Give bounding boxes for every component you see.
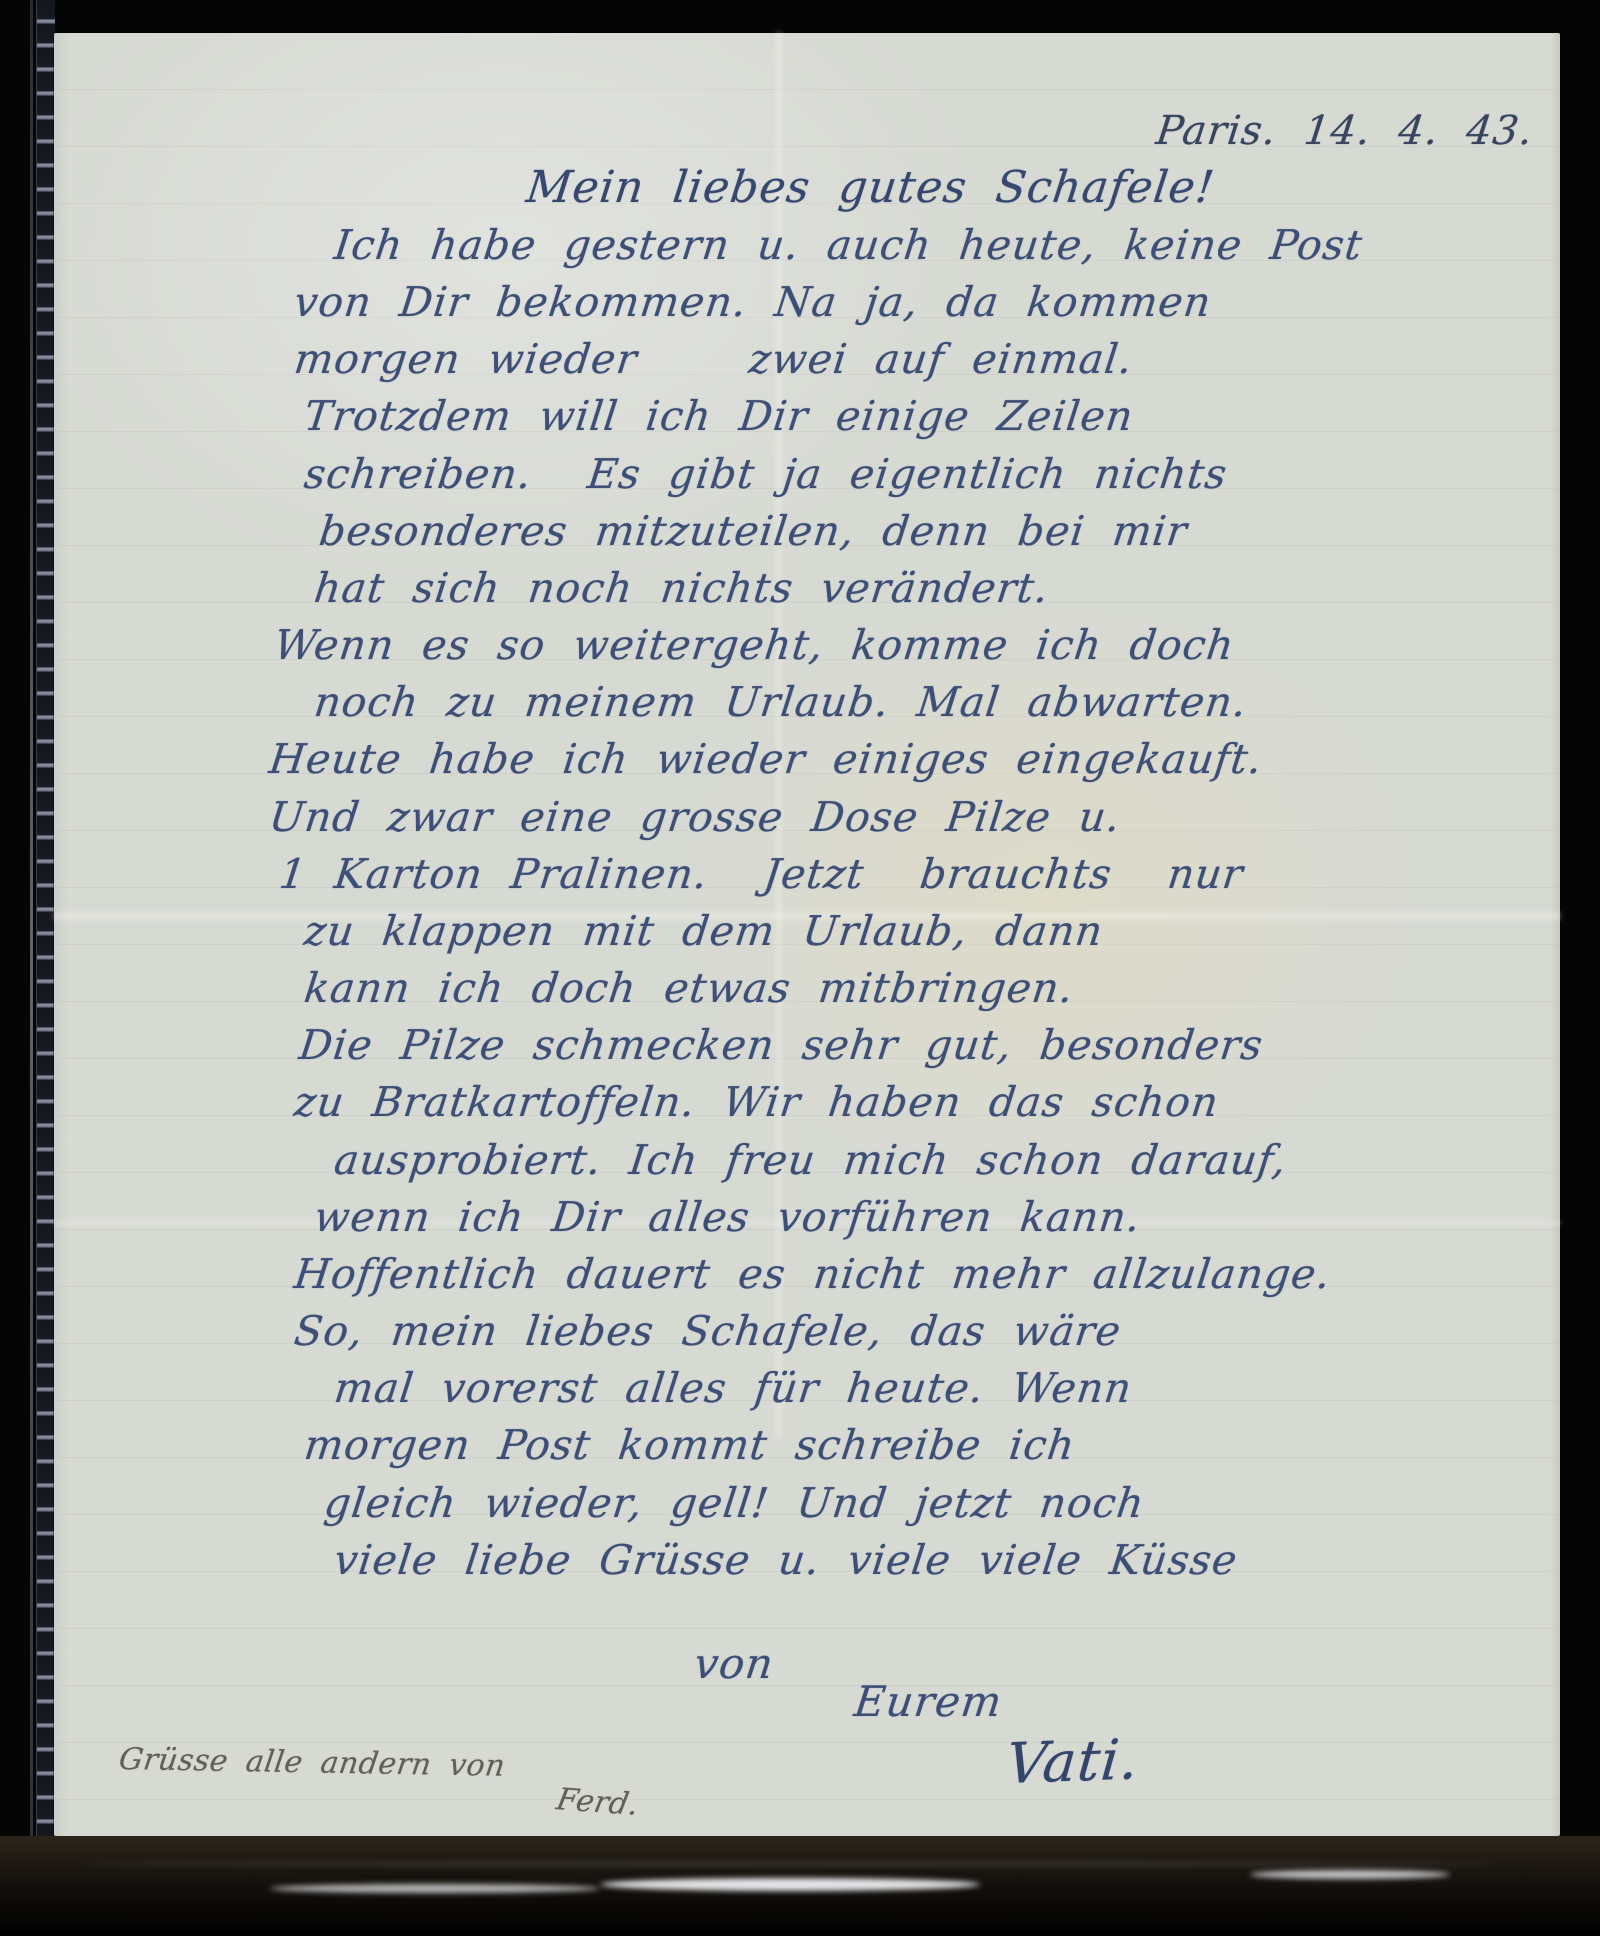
postscript-signature: Ferd. (554, 1785, 641, 1821)
sleeve-glare (600, 1878, 980, 1891)
letter-line: noch zu meinem Urlaub. Mal abwarten. (312, 682, 1249, 723)
sleeve-glare (1250, 1870, 1450, 1879)
letter-line: hat sich noch nichts verändert. (312, 568, 1051, 609)
date-line: Paris. 14. 4. 43. (1154, 111, 1536, 151)
album-binding-strip (36, 0, 55, 1936)
letter-line: viele liebe Grüsse u. viele viele Küsse (332, 1540, 1240, 1581)
signature: Vati. (1004, 1732, 1141, 1793)
letter-line: wenn ich Dir alles vorführen kann. (312, 1197, 1143, 1238)
letter-line: Und zwar eine grosse Dose Pilze u. (267, 797, 1123, 838)
letter-line: ausprobiert. Ich freu mich schon darauf, (332, 1140, 1289, 1181)
letter-line: morgen Post kommt schreibe ich (302, 1425, 1078, 1466)
letter-line: mal vorerst alles für heute. Wenn (332, 1368, 1134, 1409)
letter-line: schreiben. Es gibt ja eigentlich nichts (302, 454, 1230, 495)
letter-line: Hoffentlich dauert es nicht mehr allzula… (292, 1254, 1333, 1295)
letter-line: gleich wieder, gell! Und jetzt noch (322, 1483, 1147, 1524)
salutation-line: Mein liebes gutes Schafele! (524, 166, 1217, 210)
plastic-sleeve-edge (30, 0, 33, 1936)
letter-line: 1 Karton Pralinen. Jetzt brauchts nur (277, 854, 1246, 895)
sleeve-glare (80, 1862, 1500, 1866)
page-background: Paris. 14. 4. 43. Mein liebes gutes Scha… (0, 0, 1600, 1936)
letter-line: zu klappen mit dem Urlaub, dann (302, 911, 1106, 952)
letter-line: Ich habe gestern u. auch heute, keine Po… (332, 225, 1365, 266)
letter-line: besonderes mitzuteilen, denn bei mir (317, 511, 1190, 552)
closing-eurem: Eurem (852, 1681, 1005, 1723)
letter-line: zu Bratkartoffeln. Wir haben das schon (292, 1082, 1221, 1123)
postscript-line: Grüsse alle andern von (117, 1745, 507, 1782)
closing-von: von (692, 1643, 776, 1685)
letter-line: kann ich doch etwas mitbringen. (302, 968, 1076, 1009)
letter-paper: Paris. 14. 4. 43. Mein liebes gutes Scha… (54, 33, 1560, 1836)
letter-line: Heute habe ich wieder einiges eingekauft… (267, 739, 1265, 780)
letter-line: So, mein liebes Schafele, das wäre (292, 1311, 1124, 1352)
letter-line: von Dir bekommen. Na ja, da kommen (292, 282, 1214, 323)
letter-line: morgen wieder zwei auf einmal. (292, 339, 1135, 380)
letter-line: Trotzdem will ich Dir einige Zeilen (302, 396, 1136, 437)
letter-line: Die Pilze schmecken sehr gut, besonders (297, 1025, 1265, 1066)
sleeve-glare (270, 1884, 600, 1893)
letter-line: Wenn es so weitergeht, komme ich doch (272, 625, 1237, 666)
